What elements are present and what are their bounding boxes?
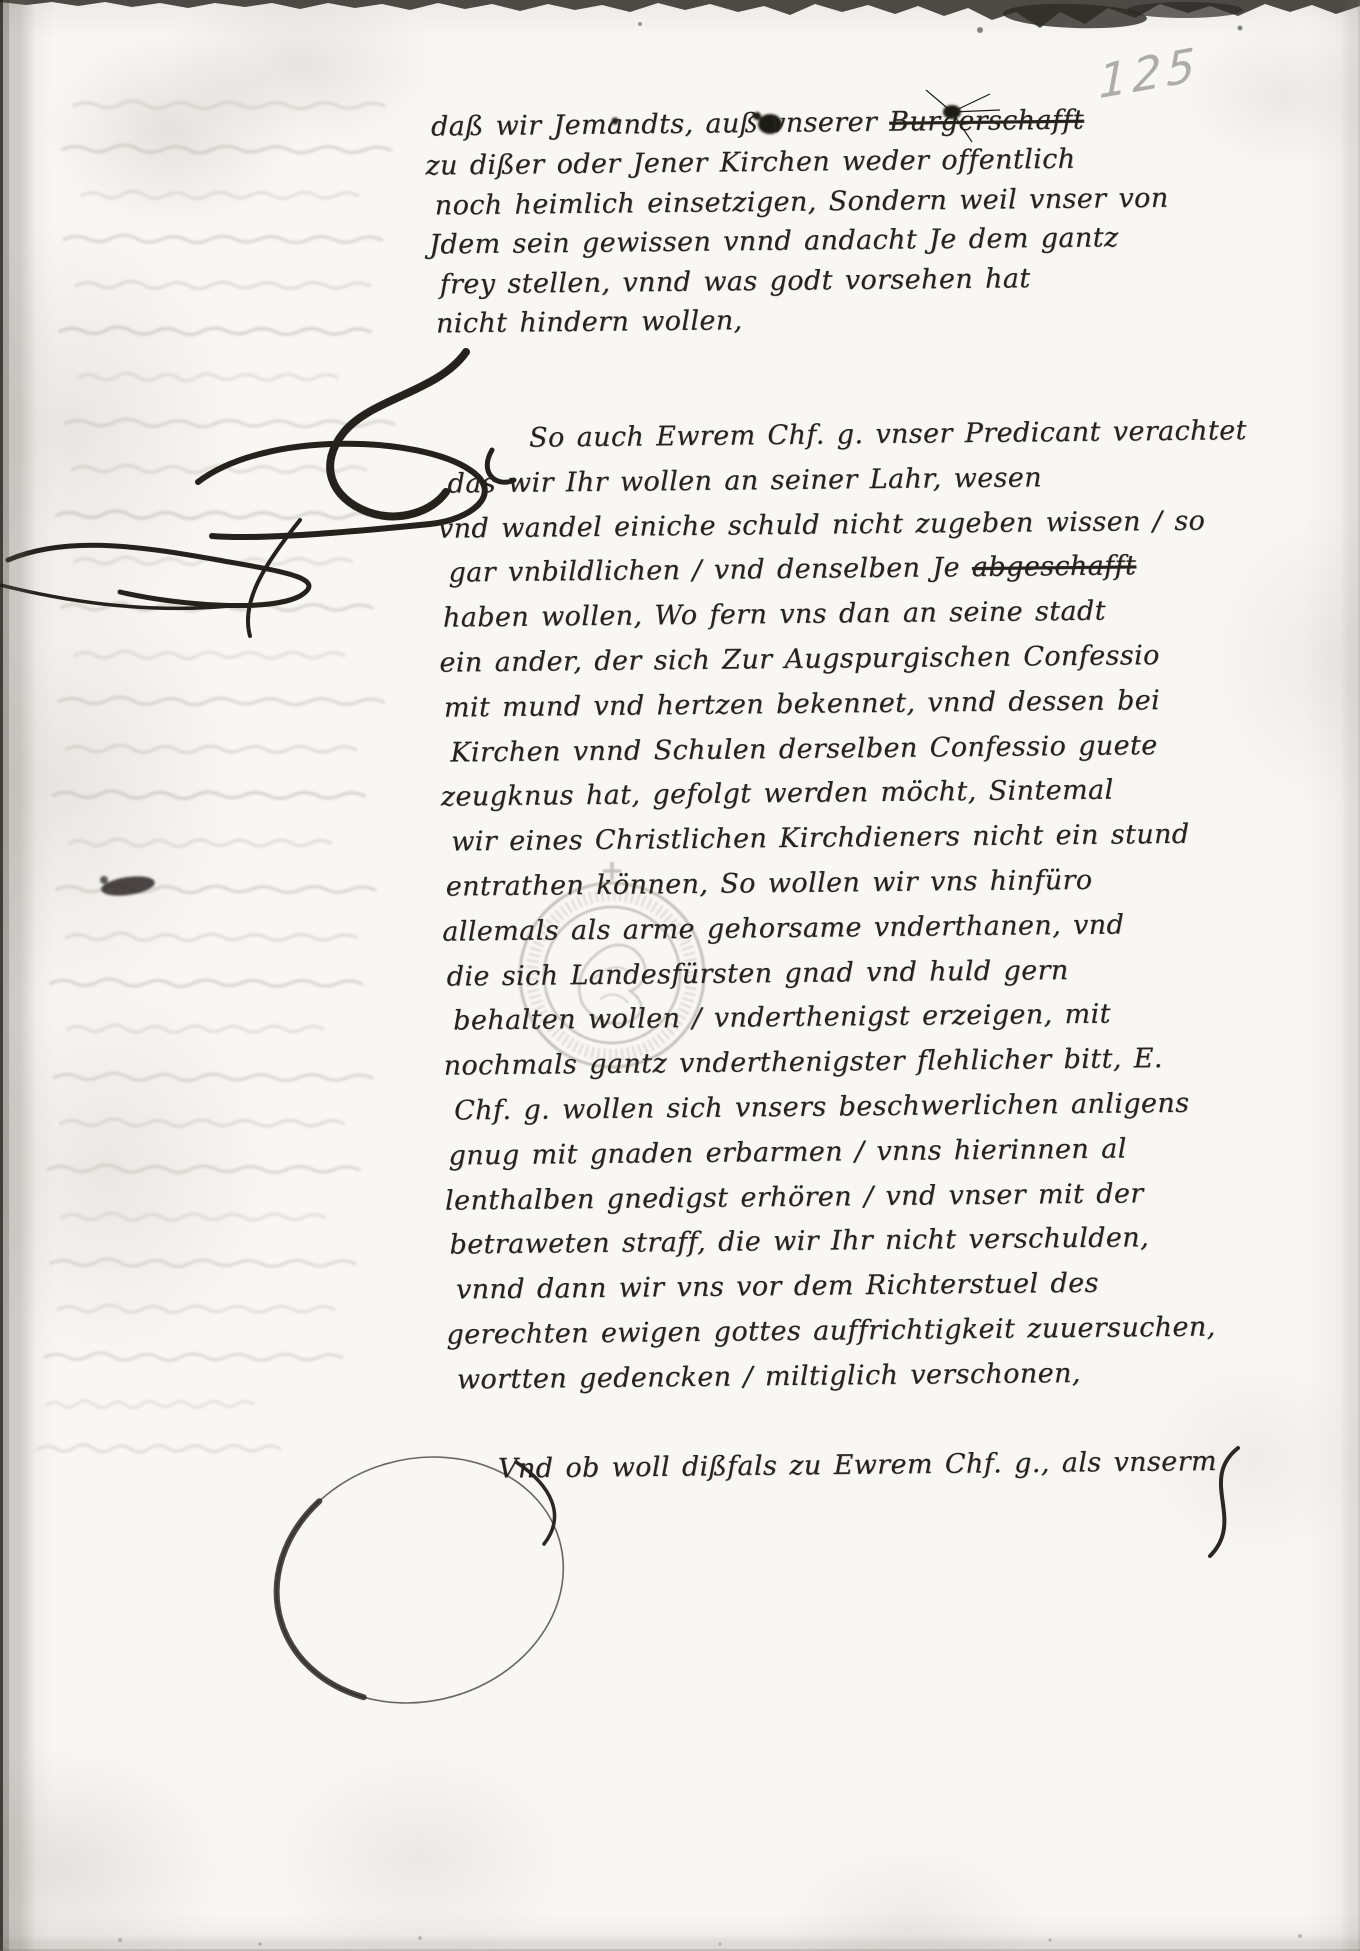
calligraphic-initial-flourish xyxy=(0,352,514,636)
manuscript-line: allemals als arme gehorsame vnderthanen,… xyxy=(442,903,1126,955)
line-text: haben wollen, Wo fern vns dan an seine s… xyxy=(443,596,1106,634)
manuscript-line: nochmals gantz vnderthenigster flehliche… xyxy=(443,1038,1127,1090)
manuscript-line: gar vnbildlichen / vnd denselben Je abge… xyxy=(448,545,1122,597)
manuscript-line: Chf. g. wollen sich vnsers beschwerliche… xyxy=(454,1082,1128,1134)
line-text: behalten wollen / vnderthenigst erzeigen… xyxy=(453,999,1111,1037)
manuscript-line: wortten gedencken / miltiglich verschone… xyxy=(457,1351,1131,1403)
pencil-page-number: 125 xyxy=(1099,37,1200,110)
line-text: gerechten ewigen gottes auffrichtigkeit … xyxy=(446,1311,1215,1350)
manuscript-line: betraweten straff, die wir Ihr nicht ver… xyxy=(449,1217,1129,1269)
line-text: gnug mit gnaden erbarmen / vnns hierinne… xyxy=(448,1133,1126,1171)
right-edge-shadow xyxy=(1340,0,1360,1951)
manuscript-line: Jdem sein gewissen vnnd andacht Je dem g… xyxy=(429,219,1092,265)
line-text: Chf. g. wollen sich vnsers beschwerliche… xyxy=(454,1088,1190,1127)
line-text: das wir Ihr wollen an seiner Lahr, wesen xyxy=(447,462,1042,499)
line-text: So auch Ewrem Chf. g. vnser Predicant ve… xyxy=(529,415,1247,454)
struck-word: abgeschafft xyxy=(972,551,1137,584)
manuscript-line: Kirchen vnnd Schulen derselben Confessio… xyxy=(450,724,1124,776)
line-text: frey stellen, vnnd was godt vorsehen hat xyxy=(439,263,1030,300)
line-text: zu dißer oder Jener Kirchen weder offent… xyxy=(425,144,1075,182)
manuscript-line: entrathen können, So wollen wir vns hinf… xyxy=(446,858,1126,910)
paragraph-2: So auch Ewrem Chf. g. vnser Predicant ve… xyxy=(441,410,1131,1403)
verso-bleedthrough xyxy=(37,99,399,1456)
manuscript-line: gerechten ewigen gottes auffrichtigkeit … xyxy=(446,1306,1130,1358)
bottom-edge-shadow xyxy=(0,1935,1360,1951)
line-text: noch heimlich einsetzigen, Sondern weil … xyxy=(435,183,1169,222)
manuscript-line: ein ander, der sich Zur Augspurgischen C… xyxy=(439,634,1123,686)
line-text: allemals als arme gehorsame vnderthanen,… xyxy=(442,909,1124,947)
line-text: die sich Landesfürsten gnad vnd huld ger… xyxy=(447,955,1069,993)
manuscript-line: So auch Ewrem Chf. g. vnser Predicant ve… xyxy=(441,410,1121,462)
manuscript-line: lenthalben gnedigst erhören / vnd vnser … xyxy=(445,1172,1129,1224)
line-text: ein ander, der sich Zur Augspurgischen C… xyxy=(439,640,1160,679)
line-text: Jdem sein gewissen vnnd andacht Je dem g… xyxy=(429,222,1119,260)
line-text: betraweten straff, die wir Ihr nicht ver… xyxy=(449,1223,1149,1261)
manuscript-line: zeugknus hat, gefolgt werden möcht, Sint… xyxy=(441,769,1125,821)
manuscript-line: haben wollen, Wo fern vns dan an seine s… xyxy=(443,590,1123,642)
line-text: daß wir Jemandts, auß vnserer xyxy=(431,107,890,143)
line-text: mit mund vnd hertzen bekennet, vnnd dess… xyxy=(444,685,1161,723)
manuscript-line: die sich Landesfürsten gnad vnd huld ger… xyxy=(446,948,1126,1000)
manuscript-line: mit mund vnd hertzen bekennet, vnnd dess… xyxy=(444,679,1124,731)
manuscript-page-scan: daß wir Jemandts, auß vnserer Burgerscha… xyxy=(0,0,1360,1951)
line-text: zeugknus hat, gefolgt werden möcht, Sint… xyxy=(441,775,1114,813)
line-text: wir eines Christlichen Kirchdieners nich… xyxy=(451,819,1190,858)
manuscript-line: gnug mit gnaden erbarmen / vnns hierinne… xyxy=(448,1127,1128,1179)
paragraph-3: Vnd ob woll dißfals zu Ewrem Chf. g., al… xyxy=(498,1440,1178,1491)
line-text: wortten gedencken / miltiglich verschone… xyxy=(457,1358,1081,1396)
line-text: Kirchen vnnd Schulen derselben Confessio… xyxy=(450,730,1158,768)
line-text: vnnd dann wir vns vor dem Richterstuel d… xyxy=(456,1268,1099,1306)
manuscript-line: Vnd ob woll dißfals zu Ewrem Chf. g., al… xyxy=(498,1440,1178,1491)
line-text: lenthalben gnedigst erhören / vnd vnser … xyxy=(445,1178,1144,1216)
manuscript-line: nicht hindern wollen, xyxy=(436,298,1093,344)
manuscript-line: frey stellen, vnnd was godt vorsehen hat xyxy=(439,258,1092,304)
line-text: entrathen können, So wollen wir vns hinf… xyxy=(446,865,1093,903)
line-text: nochmals gantz vnderthenigster flehliche… xyxy=(443,1043,1162,1082)
manuscript-line: vnnd dann wir vns vor dem Richterstuel d… xyxy=(456,1262,1130,1314)
manuscript-line: noch heimlich einsetzigen, Sondern weil … xyxy=(435,179,1092,225)
line-text: nicht hindern wollen, xyxy=(436,305,743,339)
manuscript-line: das wir Ihr wollen an seiner Lahr, wesen xyxy=(447,455,1121,507)
manuscript-line: daß wir Jemandts, auß vnserer Burgerscha… xyxy=(431,101,1091,147)
manuscript-line: wir eines Christlichen Kirchdieners nich… xyxy=(451,814,1125,866)
manuscript-line: zu dißer oder Jener Kirchen weder offent… xyxy=(425,140,1091,186)
torn-top-edge xyxy=(0,0,1360,33)
line-text: gar vnbildlichen / vnd denselben Je xyxy=(448,552,972,588)
manuscript-line: vnd wandel einiche schuld nicht zugeben … xyxy=(438,500,1122,552)
bottom-edge-speckles xyxy=(118,1934,1302,1946)
paragraph-1: daß wir Jemandts, auß vnserer Burgerscha… xyxy=(431,101,1093,344)
struck-word: Burgerschafft xyxy=(889,105,1084,138)
left-edge-shadow xyxy=(0,0,36,1951)
line-text: vnd wandel einiche schuld nicht zugeben … xyxy=(438,505,1206,544)
line-text: Vnd ob woll dißfals zu Ewrem Chf. g., al… xyxy=(498,1446,1217,1485)
manuscript-line: behalten wollen / vnderthenigst erzeigen… xyxy=(453,993,1127,1045)
